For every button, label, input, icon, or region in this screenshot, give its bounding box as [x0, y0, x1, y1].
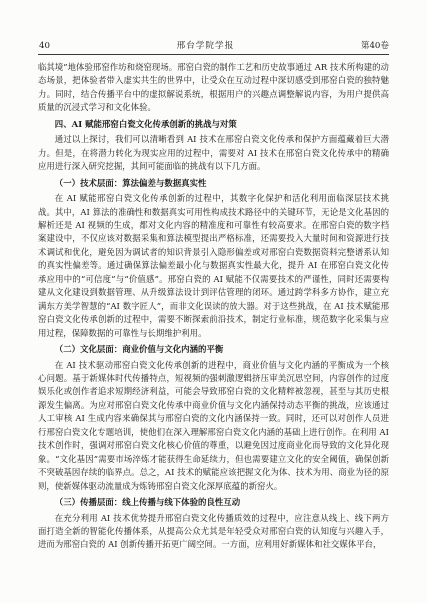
volume-label: 第40卷 [361, 41, 389, 51]
section-heading: 四、AI 赋能邢窑白瓷文化传承创新的挑战与对策 [38, 118, 389, 131]
page-number: 40 [39, 41, 50, 51]
section-heading: （二）文化层面：商业价值与文化内涵的平衡 [38, 343, 389, 356]
section-heading: （一）技术层面：算法偏差与数据真实性 [38, 177, 389, 190]
article-body: 临其境”地体验邢窑作坊和烧窑现场。邢窑白瓷的制作工艺和历史故事通过 AR 技术所… [38, 61, 389, 552]
journal-page: 40 邢台学院学报 第40卷 临其境”地体验邢窑作坊和烧窑现场。邢窑白瓷的制作工… [0, 0, 427, 603]
section-heading: （三）传播层面：线上传播与线下体验的良性互动 [38, 496, 389, 509]
header-rule [38, 54, 389, 55]
journal-title: 邢台学院学报 [177, 41, 235, 51]
paragraph: 在 AI 赋能邢窑白瓷文化传承创新的过程中，其数字化保护和活化利用面临深层技术挑… [38, 192, 389, 340]
paragraph: 临其境”地体验邢窑作坊和烧窑现场。邢窑白瓷的制作工艺和历史故事通过 AR 技术所… [38, 61, 389, 115]
paragraph: 在 AI 技术驱动邢窑白瓷文化传承创新的进程中，商业价值与文化内涵的平衡成为一个… [38, 359, 389, 494]
running-header: 40 邢台学院学报 第40卷 [39, 41, 389, 51]
paragraph: 通过以上探讨，我们可以清晰看到 AI 技术在邢窑白瓷文化传承和保护方面蕴藏着巨大… [38, 133, 389, 173]
paragraph: 在充分利用 AI 技术优势提升邢窑白瓷文化传播质效的过程中，应注意从线上、线下两… [38, 512, 389, 552]
